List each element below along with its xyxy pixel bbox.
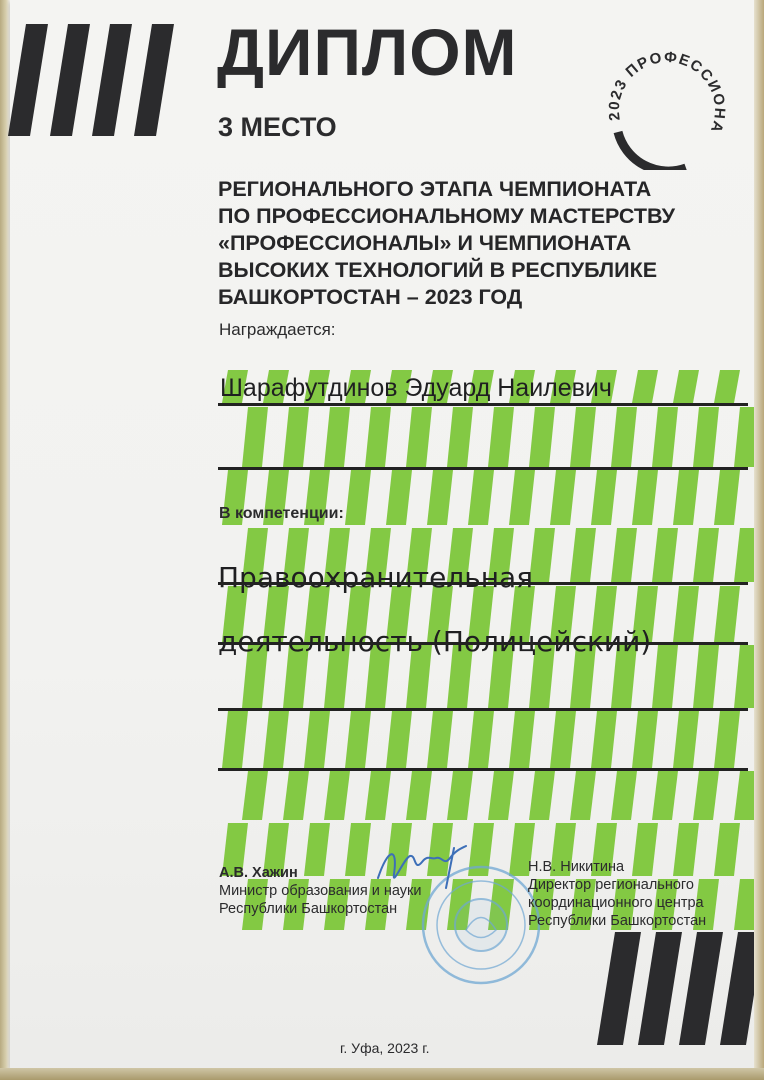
competence-line: Правоохранительная bbox=[218, 546, 651, 610]
underline bbox=[218, 768, 748, 771]
competence-label: В компетенции: bbox=[219, 505, 344, 523]
signatory-director: Н.В. Никитина Директор регионального коо… bbox=[528, 858, 706, 930]
event-line: «ПРОФЕССИОНАЛЫ» И ЧЕМПИОНАТА bbox=[218, 230, 738, 257]
signatory-title: Директор регионального bbox=[528, 876, 706, 894]
underline bbox=[218, 642, 748, 645]
place-heading: 3 МЕСТО bbox=[218, 112, 337, 143]
signatory-name: Н.В. Никитина bbox=[528, 858, 706, 876]
signatory-title: Республики Башкортостан bbox=[528, 912, 706, 930]
event-line: ВЫСОКИХ ТЕХНОЛОГИЙ В РЕСПУБЛИКЕ bbox=[218, 257, 738, 284]
professionaly-logo-icon: 2023 ПРОФЕССИОНАЛЫ bbox=[590, 20, 740, 170]
award-label: Награждается: bbox=[219, 320, 336, 340]
signatory-title: Республики Башкортостан bbox=[219, 900, 421, 918]
signatory-name: А.В. Хажин bbox=[219, 864, 421, 882]
signatory-title: Министр образования и науки bbox=[219, 882, 421, 900]
signatory-minister: А.В. Хажин Министр образования и науки Р… bbox=[219, 864, 421, 918]
underline bbox=[218, 582, 748, 585]
competence-value: Правоохранительная деятельность (Полицей… bbox=[218, 546, 651, 674]
underline bbox=[218, 467, 748, 470]
svg-text:2023 ПРОФЕССИОНАЛЫ: 2023 ПРОФЕССИОНАЛЫ bbox=[590, 20, 728, 136]
underline bbox=[218, 403, 748, 406]
frame-bottom-edge bbox=[0, 1068, 764, 1080]
recipient-name: Шарафутдинов Эдуард Наилевич bbox=[220, 374, 612, 403]
frame-right-edge bbox=[754, 0, 764, 1080]
event-line: РЕГИОНАЛЬНОГО ЭТАПА ЧЕМПИОНАТА bbox=[218, 176, 738, 203]
place-and-date: г. Уфа, 2023 г. bbox=[340, 1040, 429, 1056]
diploma-title: ДИПЛОМ bbox=[217, 14, 518, 90]
signatory-title: координационного центра bbox=[528, 894, 706, 912]
event-description: РЕГИОНАЛЬНОГО ЭТАПА ЧЕМПИОНАТА ПО ПРОФЕС… bbox=[218, 176, 738, 311]
underline bbox=[218, 708, 748, 711]
event-line: БАШКОРТОСТАН – 2023 ГОД bbox=[218, 284, 738, 311]
event-line: ПО ПРОФЕССИОНАЛЬНОМУ МАСТЕРСТВУ bbox=[218, 203, 738, 230]
